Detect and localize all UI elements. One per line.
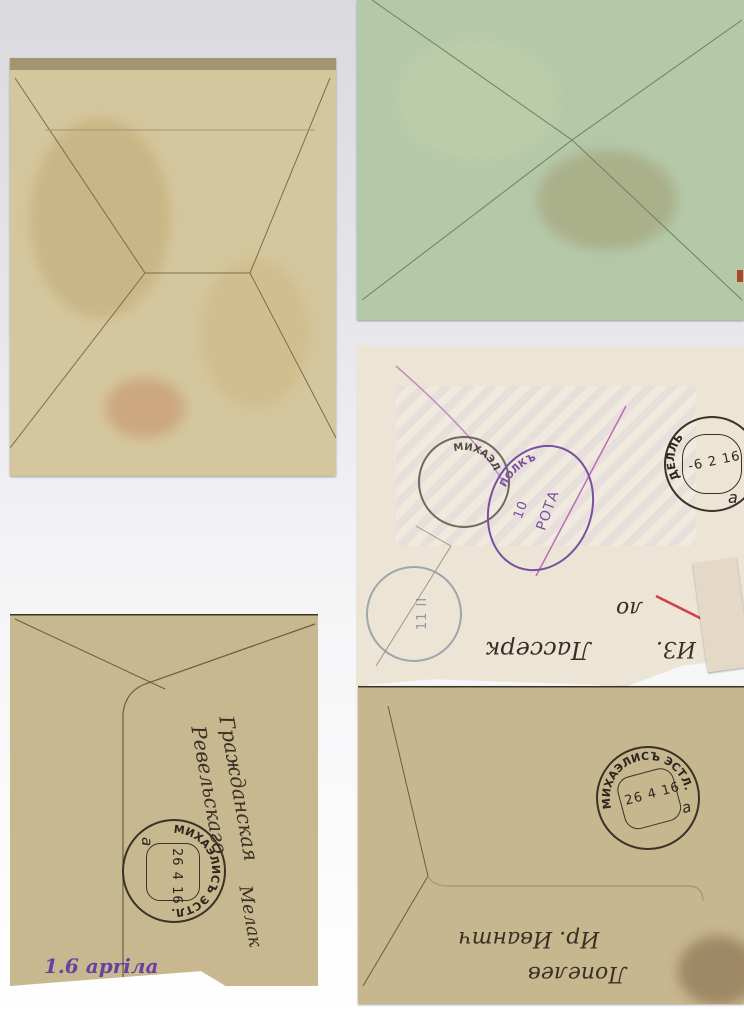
envelope-fold-lines [10, 58, 336, 476]
postmark-date: 26 4 16 [169, 848, 184, 905]
envelope-fold-lines [10, 614, 318, 986]
green-envelope [357, 0, 744, 320]
handwritten-name: Лассерк [486, 636, 591, 664]
envelope-fold-lines [357, 0, 744, 320]
handwritten-line-2: Лопелев [528, 961, 627, 986]
postmark-dellj: ДЕЛЛЬ -6 2 16 а [664, 416, 744, 512]
kraft-envelope-left: МИХАЭЛИСЪ ЭСТЛ. 26 4 16 а Ревельскаго Гр… [10, 614, 318, 986]
postmark-suffix: а [138, 837, 156, 847]
svg-text:МИХАЭЛ: МИХАЭЛ [453, 442, 502, 473]
handwritten-line-1: Ир. Ивантч [458, 926, 599, 951]
violet-date-annotation: 1.6 apriлa [44, 954, 158, 978]
kraft-envelope-right: МИХАЭЛИСЪ ЭСТЛ. 26 4 16 а Ир. Ивантч Лоп… [358, 686, 744, 1004]
postmark-date: 11 II [415, 597, 430, 630]
postmark-suffix: а [728, 488, 739, 507]
handwritten-text: ИЗ. [656, 636, 696, 661]
handwritten-text: ло [616, 596, 643, 621]
torn-white-envelope: МИХАЭЛ ПОЛКЪ 10 РОТА ДЕЛЛЬ -6 2 16 а 11 … [356, 346, 744, 686]
postmark-grey: 11 II [366, 566, 462, 662]
aged-envelope [10, 58, 336, 476]
svg-text:ДЕЛЛЬ: ДЕЛЛЬ [664, 431, 686, 482]
